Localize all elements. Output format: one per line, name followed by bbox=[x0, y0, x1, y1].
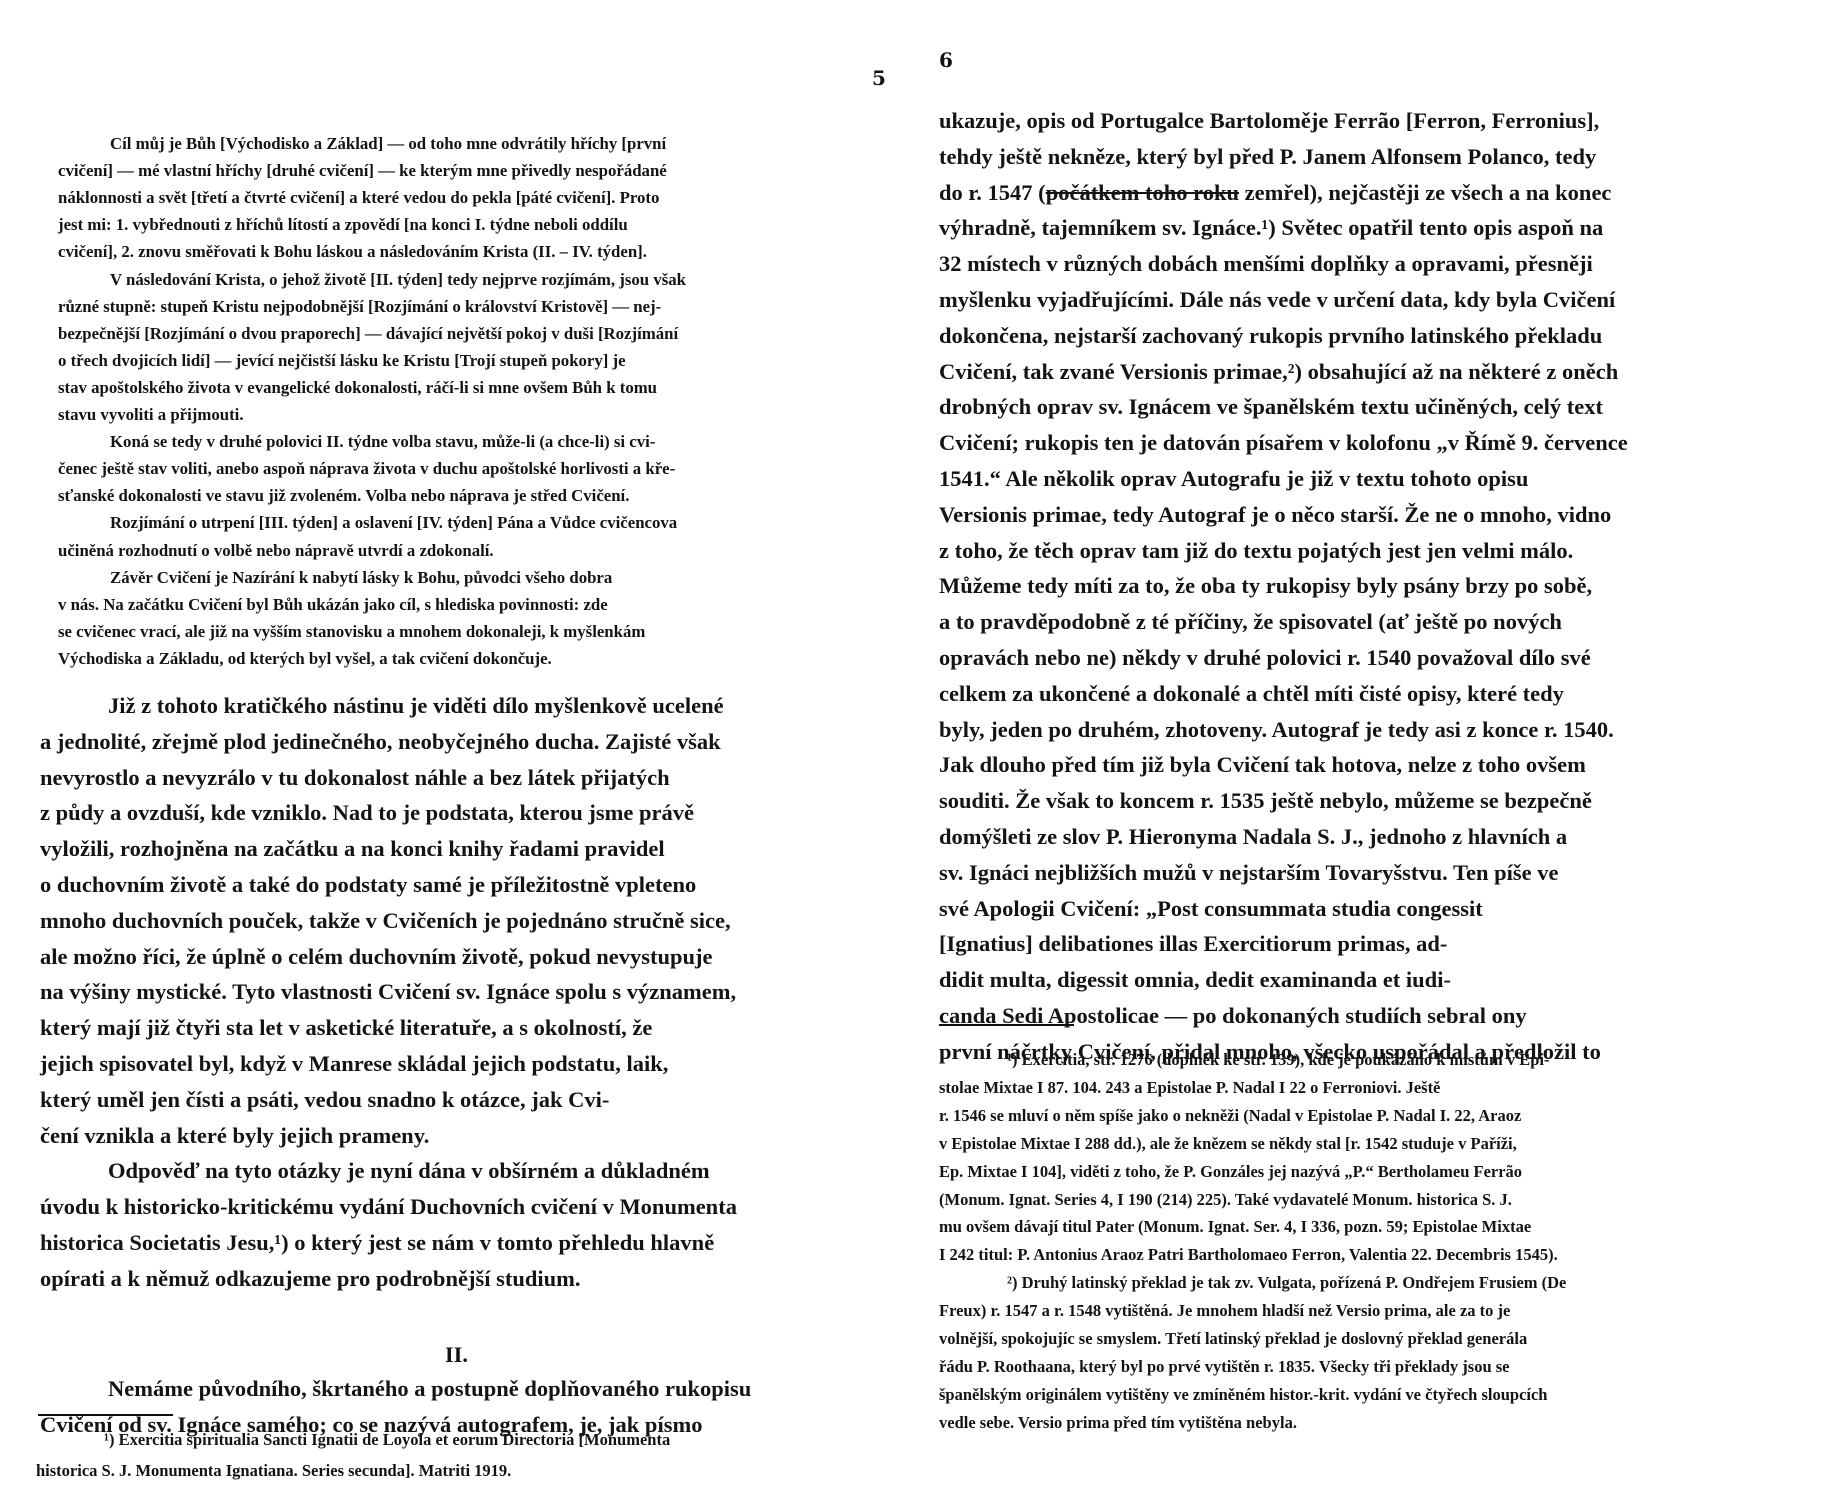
text-line: cvičení], 2. znovu směřovati k Bohu lásk… bbox=[58, 242, 647, 262]
text-line: stavu vyvoliti a přijmouti. bbox=[58, 405, 244, 425]
text-line: Cíl můj je Bůh [Východisko a Základ] — o… bbox=[110, 134, 880, 154]
text-line: byly, jeden po druhém, zhotoveny. Autogr… bbox=[939, 717, 1800, 743]
text-line: Versionis primae, tedy Autograf je o něc… bbox=[939, 502, 1800, 528]
text-line: souditi. Že však to koncem r. 1535 ještě… bbox=[939, 788, 1800, 814]
text-line: celkem za ukončené a dokonalé a chtěl mí… bbox=[939, 681, 1800, 707]
footnote-line: ¹) Exercitia, str. 1276 (doplněk ke str.… bbox=[1007, 1050, 1800, 1070]
text-line: z toho, že těch oprav tam již do textu p… bbox=[939, 538, 1800, 564]
footnote-line: Ep. Mixtae I 104], viděti z toho, že P. … bbox=[939, 1162, 1800, 1182]
right-page: 6 ukazuje, opis od Portugalce Bartoloměj… bbox=[913, 0, 1826, 1500]
footnote-line: stolae Mixtae I 87. 104. 243 a Epistolae… bbox=[939, 1078, 1800, 1098]
text-line: bezpečnější [Rozjímání o dvou praporech]… bbox=[58, 324, 880, 344]
text-line: a jednolité, zřejmě plod jedinečného, ne… bbox=[40, 729, 880, 755]
footnote-line: historica S. J. Monumenta Ignatiana. Ser… bbox=[36, 1461, 511, 1481]
page-number: 5 bbox=[872, 66, 886, 90]
text-line: V následování Krista, o jehož životě [II… bbox=[110, 270, 880, 290]
text-line: [Ignatius] delibationes illas Exercitior… bbox=[939, 931, 1800, 957]
footnote-line: řádu P. Roothaana, který byl po prvé vyt… bbox=[939, 1357, 1800, 1377]
text-line: Cvičení, tak zvané Versionis primae,²) o… bbox=[939, 359, 1800, 385]
struck-text: počátkem toho roku bbox=[1046, 180, 1239, 205]
text-line: různé stupně: stupeň Kristu nejpodobnějš… bbox=[58, 297, 880, 317]
text-line: o duchovním životě a také do podstaty sa… bbox=[40, 872, 880, 898]
text-line: se cvičenec vrací, ale již na vyšším sta… bbox=[58, 622, 880, 642]
text-line: na výšiny mystické. Tyto vlastnosti Cvič… bbox=[40, 979, 880, 1005]
text-line: čenec ještě stav voliti, anebo aspoň náp… bbox=[58, 459, 880, 479]
section-heading: II. bbox=[0, 1342, 913, 1368]
text-line: mnoho duchovních pouček, takže v Cvičení… bbox=[40, 908, 880, 934]
text-line: didit multa, digessit omnia, dedit exami… bbox=[939, 967, 1800, 993]
text-fragment: zemřel), nejčastěji ze všech a na konec bbox=[1239, 180, 1611, 205]
text-line: Můžeme tedy míti za to, že oba ty rukopi… bbox=[939, 573, 1800, 599]
text-line: který uměl jen čísti a psáti, vedou snad… bbox=[40, 1087, 880, 1113]
text-line: 1541.“ Ale několik oprav Autografu je ji… bbox=[939, 466, 1800, 492]
text-line: který mají již čtyři sta let v asketické… bbox=[40, 1015, 880, 1041]
text-line: opravách nebo ne) někdy v druhé polovici… bbox=[939, 645, 1800, 671]
text-line: domýšleti ze slov P. Hieronyma Nadala S.… bbox=[939, 824, 1800, 850]
text-line: nevyrostlo a nevyzrálo v tu dokonalost n… bbox=[40, 765, 880, 791]
left-page: 5 Cíl můj je Bůh [Východisko a Základ] —… bbox=[0, 0, 913, 1500]
text-line: Východiska a Základu, od kterých byl vyš… bbox=[58, 649, 552, 669]
text-line: o třech dvojicích lidí] — jevící nejčist… bbox=[58, 351, 880, 371]
footnote-line: r. 1546 se mluví o něm spíše jako o nekn… bbox=[939, 1106, 1800, 1126]
footnote-line: vedle sebe. Versio prima před tím vytišt… bbox=[939, 1413, 1297, 1433]
text-line: opírati a k němuž odkazujeme pro podrobn… bbox=[40, 1266, 580, 1292]
footnote-line: ²) Druhý latinský překlad je tak zv. Vul… bbox=[1007, 1273, 1800, 1293]
text-line: a to pravděpodobně z té příčiny, že spis… bbox=[939, 609, 1800, 635]
text-line: učiněná rozhodnutí o volbě nebo nápravě … bbox=[58, 541, 494, 561]
text-line: ukazuje, opis od Portugalce Bartoloměje … bbox=[939, 108, 1800, 134]
footnote-line: volnější, spokojujíc se smyslem. Třetí l… bbox=[939, 1329, 1800, 1349]
text-line: Koná se tedy v druhé polovici II. týdne … bbox=[110, 432, 880, 452]
text-line: své Apologii Cvičení: „Post consummata s… bbox=[939, 896, 1800, 922]
text-line: náklonnosti a svět [třetí a čtvrté cviče… bbox=[58, 188, 880, 208]
page-number: 6 bbox=[939, 48, 953, 72]
text-line: Již z tohoto kratičkého nástinu je vidět… bbox=[108, 693, 880, 719]
text-line: 32 místech v různých dobách menšími dopl… bbox=[939, 251, 1800, 277]
text-line: jejich spisovatel byl, když v Manrese sk… bbox=[40, 1051, 880, 1077]
text-fragment: do r. 1547 ( bbox=[939, 180, 1046, 205]
text-line: do r. 1547 (počátkem toho roku zemřel), … bbox=[939, 180, 1800, 206]
text-line: drobných oprav sv. Ignácem ve španělském… bbox=[939, 394, 1800, 420]
text-line: Závěr Cvičení je Nazírání k nabytí lásky… bbox=[110, 568, 880, 588]
text-line: cvičení] — mé vlastní hříchy [druhé cvič… bbox=[58, 161, 880, 181]
text-line: tehdy ještě nekněze, který byl před P. J… bbox=[939, 144, 1800, 170]
text-line: výhradně, tajemníkem sv. Ignáce.¹) Světe… bbox=[939, 215, 1800, 241]
footnote-line: (Monum. Ignat. Series 4, I 190 (214) 225… bbox=[939, 1190, 1800, 1210]
text-line: z půdy a ovzduší, kde vzniklo. Nad to je… bbox=[40, 800, 880, 826]
footnote-divider bbox=[38, 1414, 173, 1416]
footnote-line: I 242 titul: P. Antonius Araoz Patri Bar… bbox=[939, 1245, 1558, 1265]
text-line: Nemáme původního, škrtaného a postupně d… bbox=[108, 1376, 880, 1402]
text-line: vyložili, rozhojněna na začátku a na kon… bbox=[40, 836, 880, 862]
footnote-line: španělským originálem vytištěny ve zmíně… bbox=[939, 1385, 1800, 1405]
text-line: čení vznikla a které byly jejich prameny… bbox=[40, 1123, 429, 1149]
text-line: stav apoštolského života v evangelické d… bbox=[58, 378, 880, 398]
text-line: jest mi: 1. vybřednouti z hříchů lítostí… bbox=[58, 215, 880, 235]
text-line: historica Societatis Jesu,¹) o který jes… bbox=[40, 1230, 880, 1256]
footnote-divider bbox=[939, 1024, 1074, 1026]
text-line: úvodu k historicko-kritickému vydání Duc… bbox=[40, 1194, 880, 1220]
text-line: ale možno říci, že úplně o celém duchovn… bbox=[40, 944, 880, 970]
text-line: Cvičení; rukopis ten je datován písařem … bbox=[939, 430, 1800, 456]
text-line: Jak dlouho před tím již byla Cvičení tak… bbox=[939, 752, 1800, 778]
text-line: Rozjímání o utrpení [III. týden] a oslav… bbox=[110, 513, 880, 533]
text-line: v nás. Na začátku Cvičení byl Bůh ukázán… bbox=[58, 595, 880, 615]
text-line: sv. Ignáci nejbližších mužů v nejstarším… bbox=[939, 860, 1800, 886]
footnote-line: ¹) Exercitia spiritualia Sancti Ignatii … bbox=[104, 1430, 880, 1450]
text-line: sťanské dokonalosti ve stavu již zvolené… bbox=[58, 486, 629, 506]
text-line: dokončena, nejstarší zachovaný rukopis p… bbox=[939, 323, 1800, 349]
footnote-line: v Epistolae Mixtae I 288 dd.), ale že kn… bbox=[939, 1134, 1800, 1154]
footnote-line: Freux) r. 1547 a r. 1548 vytištěná. Je m… bbox=[939, 1301, 1800, 1321]
text-line: myšlenku vyjadřujícími. Dále nás vede v … bbox=[939, 287, 1800, 313]
footnote-line: mu ovšem dávají titul Pater (Monum. Igna… bbox=[939, 1217, 1800, 1237]
text-line: Odpověď na tyto otázky je nyní dána v ob… bbox=[108, 1158, 880, 1184]
